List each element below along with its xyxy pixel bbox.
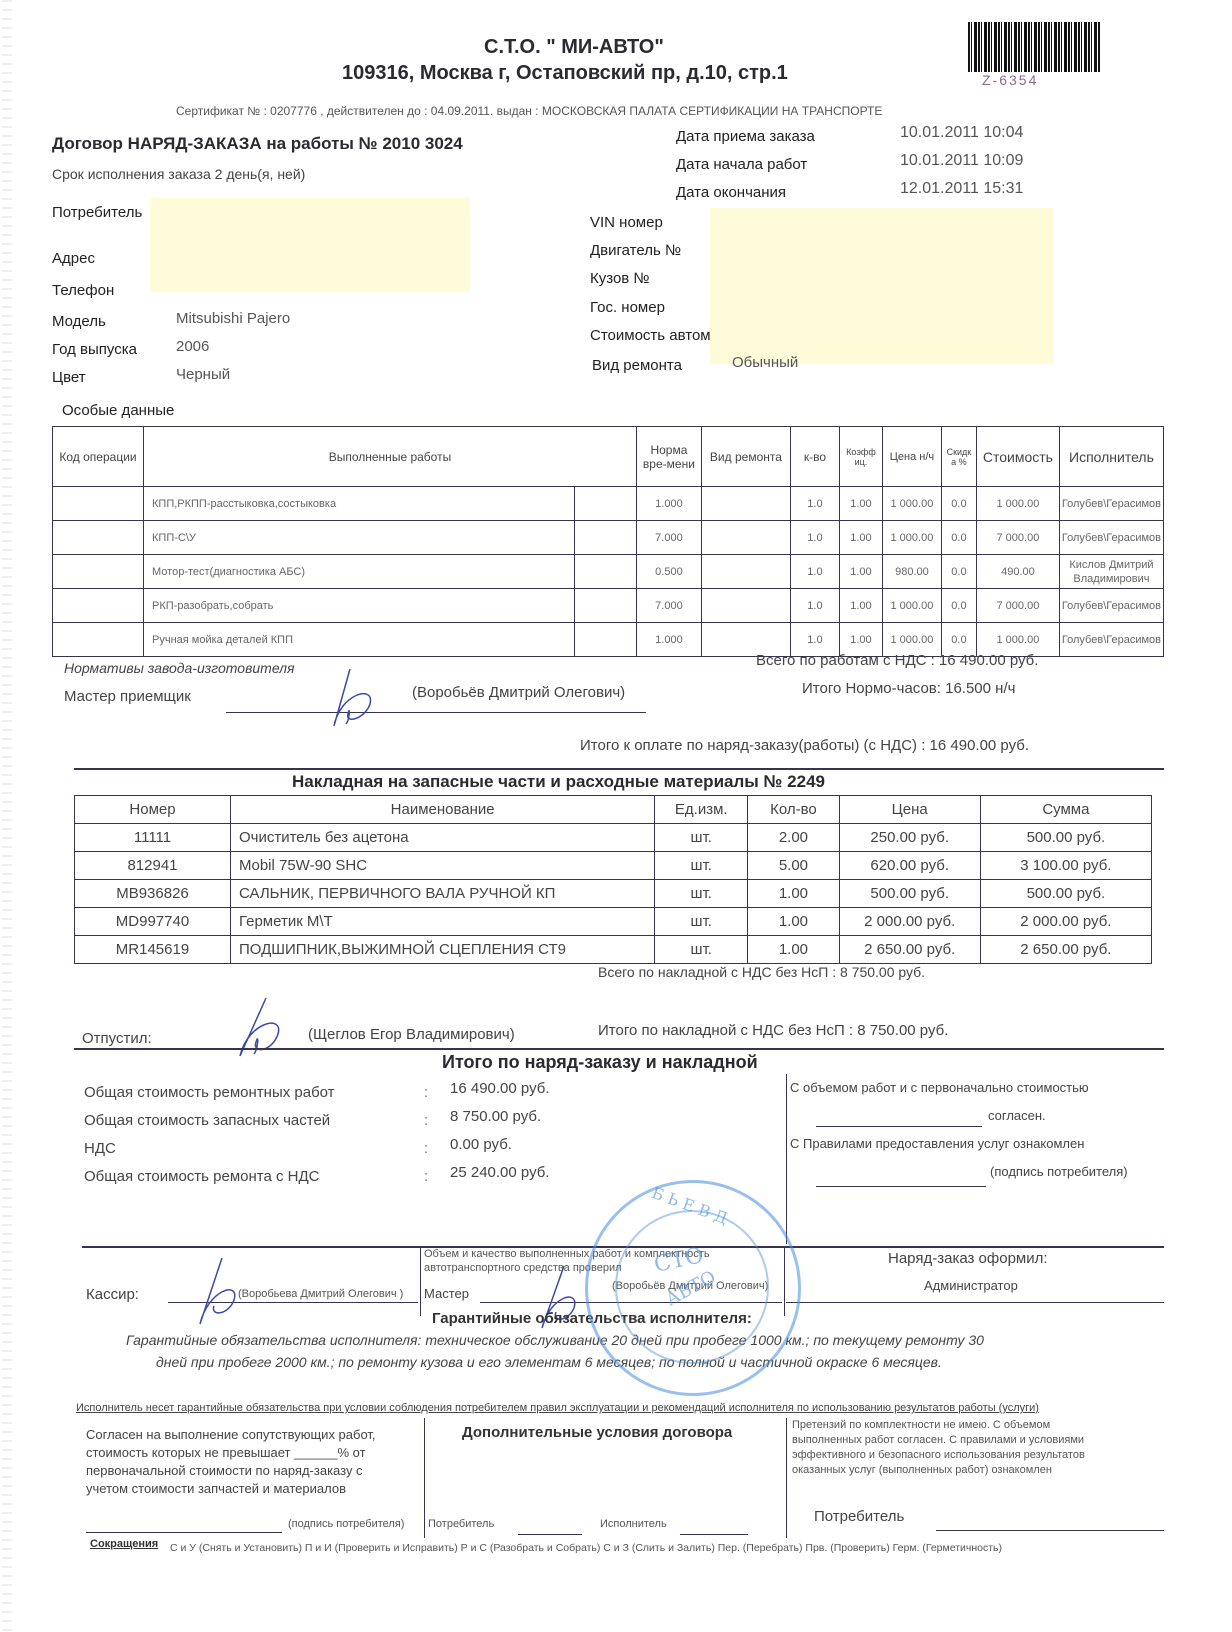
part-name: САЛЬНИК, ПЕРВИЧНОГО ВАЛА РУЧНОЙ КП [230, 880, 654, 908]
work-price: 1 000.00 [882, 487, 941, 521]
part-price: 620.00 руб. [839, 852, 980, 880]
work-qty: 1.0 [790, 487, 839, 521]
table-row: РКП-разобрать,собрать7.0001.01.001 000.0… [53, 589, 1164, 623]
work-price: 1 000.00 [882, 589, 941, 623]
table-row: Мотор-тест(диагностика АБС)0.5001.01.009… [53, 555, 1164, 589]
part-qty: 2.00 [748, 824, 839, 852]
order-term: Срок исполнения заказа 2 день(я, ней) [52, 166, 305, 182]
part-price: 250.00 руб. [839, 824, 980, 852]
work-name: КПП-С\У [144, 521, 575, 555]
col-name: Наименование [230, 796, 654, 824]
master-signature-icon [320, 664, 390, 734]
year-value: 2006 [176, 338, 209, 355]
work-discount: 0.0 [941, 521, 976, 555]
part-number: MB936826 [75, 880, 231, 908]
work-executor: Голубев\Герасимов [1059, 487, 1163, 521]
part-unit: шт. [655, 824, 748, 852]
col-qty: Кол-во [748, 796, 839, 824]
work-coef: 1.00 [839, 521, 882, 555]
col-norm: Норма вре-мени [636, 427, 701, 487]
work-code [53, 589, 144, 623]
part-number: MD997740 [75, 908, 231, 936]
parts-title: Накладная на запасные части и расходные … [292, 772, 825, 792]
col-cost: Стоимость [976, 427, 1059, 487]
consent-line: первоначальной стоимости по наряд-заказу… [86, 1462, 376, 1480]
parts-table: Номер Наименование Ед.изм. Кол-во Цена С… [74, 795, 1152, 964]
work-coef: 1.00 [839, 589, 882, 623]
work-code [53, 555, 144, 589]
footer-divider [786, 1418, 787, 1538]
date-start-value: 10.01.2011 10:09 [900, 152, 1023, 170]
col-works: Выполненные работы [144, 427, 637, 487]
norm-hours-total: Итого Нормо-часов: 16.500 н/ч [802, 680, 1015, 697]
summary-value: 8 750.00 руб. [450, 1108, 541, 1125]
part-number: MR145619 [75, 936, 231, 964]
released-name: (Щеглов Егор Владимирович) [308, 1026, 515, 1043]
warranty-condition: Исполнитель несет гарантийные обязательс… [76, 1402, 1039, 1414]
work-type [701, 589, 790, 623]
table-row: 812941Mobil 75W-90 SHCшт.5.00620.00 руб.… [75, 852, 1152, 880]
company-address: 109316, Москва г, Остаповский пр, д.10, … [342, 62, 788, 85]
part-name: ПОДШИПНИК,ВЫЖИМНОЙ СЦЕПЛЕНИЯ СТ9 [230, 936, 654, 964]
part-price: 2 000.00 руб. [839, 908, 980, 936]
work-cost: 7 000.00 [976, 589, 1059, 623]
works-total: Всего по работам с НДС : 16 490.00 руб. [756, 652, 1038, 669]
summary-title: Итого по наряд-заказу и накладной [442, 1052, 758, 1073]
part-name: Mobil 75W-90 SHC [230, 852, 654, 880]
summary-value: 16 490.00 руб. [450, 1080, 550, 1097]
vin-label: VIN номер [590, 214, 663, 231]
work-blank [575, 555, 637, 589]
summary-divider [786, 1074, 787, 1244]
summary-colon: : [424, 1140, 428, 1157]
part-sum: 500.00 руб. [980, 880, 1151, 908]
part-price: 2 650.00 руб. [839, 936, 980, 964]
consumer-label: Потребитель [52, 204, 142, 221]
work-blank [575, 623, 637, 657]
part-unit: шт. [655, 936, 748, 964]
divider [74, 1048, 1164, 1050]
work-norm: 0.500 [636, 555, 701, 589]
summary-label: Общая стоимость ремонта с НДС [84, 1168, 320, 1185]
abbreviations-text: С и У (Снять и Установить) П и И (Провер… [170, 1542, 1002, 1554]
released-signature-icon [226, 994, 296, 1064]
footer-consumer-line [518, 1534, 582, 1535]
col-code: Код операции [53, 427, 144, 487]
color-label: Цвет [52, 369, 86, 386]
plate-label: Гос. номер [590, 299, 665, 316]
part-price: 500.00 руб. [839, 880, 980, 908]
order-title: Договор НАРЯД-ЗАКАЗА на работы № 2010 30… [52, 134, 463, 154]
date-start-label: Дата начала работ [676, 156, 807, 173]
footer-executor-label: Исполнитель [600, 1518, 667, 1530]
part-qty: 5.00 [748, 852, 839, 880]
warranty-line-2: дней при пробеге 2000 км.; по ремонту ку… [156, 1354, 942, 1370]
col-price: Цена [839, 796, 980, 824]
col-qty: к-во [790, 427, 839, 487]
part-qty: 1.00 [748, 880, 839, 908]
extra-conditions-title: Дополнительные условия договора [462, 1424, 732, 1441]
issued-label: Наряд-заказ оформил: [888, 1250, 1048, 1267]
consent-line: стоимость которых не превышает ______% о… [86, 1444, 376, 1462]
issued-role: Администратор [924, 1278, 1018, 1293]
col-executor: Исполнитель [1059, 427, 1163, 487]
warranty-line-1: Гарантийные обязательства исполнителя: т… [126, 1332, 984, 1348]
invoice-total: Итого по накладной с НДС без НсП : 8 750… [598, 1022, 948, 1039]
table-row: 11111Очиститель без ацетонашт.2.00250.00… [75, 824, 1152, 852]
col-number: Номер [75, 796, 231, 824]
summary-label: Общая стоимость запасных частей [84, 1112, 330, 1129]
date-received-value: 10.01.2011 10:04 [900, 124, 1023, 142]
part-unit: шт. [655, 880, 748, 908]
footer-consumer-big: Потребитель [814, 1508, 904, 1525]
certificate-line: Сертификат № : 0207776 , действителен до… [176, 104, 882, 118]
consumer-sign-caption: (подпись потребителя) [990, 1164, 1128, 1179]
work-cost: 490.00 [976, 555, 1059, 589]
work-coef: 1.00 [839, 487, 882, 521]
work-blank [575, 487, 637, 521]
work-coef: 1.00 [839, 555, 882, 589]
issued-line [786, 1302, 1164, 1303]
phone-label: Телефон [52, 282, 114, 299]
claims-line: эффективного и безопасного использования… [792, 1448, 1085, 1463]
summary-colon: : [424, 1112, 428, 1129]
claims-line: выполненных работ согласен. С правилами … [792, 1433, 1085, 1448]
work-qty: 1.0 [790, 589, 839, 623]
summary-value: 25 240.00 руб. [450, 1164, 550, 1181]
car-cost-label: Стоимость автом [590, 327, 711, 344]
col-unit: Ед.изм. [655, 796, 748, 824]
cashier-label: Кассир: [86, 1286, 139, 1303]
agree-text: С объемом работ и с первоначально стоимо… [790, 1080, 1089, 1095]
part-number: 812941 [75, 852, 231, 880]
table-row: MB936826САЛЬНИК, ПЕРВИЧНОГО ВАЛА РУЧНОЙ … [75, 880, 1152, 908]
part-sum: 2 650.00 руб. [980, 936, 1151, 964]
part-unit: шт. [655, 852, 748, 880]
work-executor: Кислов Дмитрий Владимирович [1059, 555, 1163, 589]
cashier-name: (Воробьева Дмитрий Олегович ) [238, 1288, 403, 1300]
barcode-code: Z-6354 [982, 72, 1038, 88]
work-qty: 1.0 [790, 555, 839, 589]
body-label: Кузов № [590, 270, 650, 287]
part-sum: 2 000.00 руб. [980, 908, 1151, 936]
col-discount: Скидк а % [941, 427, 976, 487]
work-type [701, 487, 790, 521]
work-cost: 1 000.00 [976, 487, 1059, 521]
table-row: MD997740Герметик М\Тшт.1.002 000.00 руб.… [75, 908, 1152, 936]
work-type [701, 555, 790, 589]
part-unit: шт. [655, 908, 748, 936]
redacted-vehicle-info [710, 208, 1054, 364]
part-name: Герметик М\Т [230, 908, 654, 936]
work-cost: 7 000.00 [976, 521, 1059, 555]
work-discount: 0.0 [941, 487, 976, 521]
footer-consumer-big-line [936, 1530, 1164, 1531]
work-qty: 1.0 [790, 521, 839, 555]
work-norm: 1.000 [636, 487, 701, 521]
date-received-label: Дата приема заказа [676, 128, 815, 145]
repair-type-label: Вид ремонта [592, 357, 682, 374]
agree-signature-line [816, 1126, 982, 1127]
divider [74, 768, 1164, 770]
pay-total: Итого к оплате по наряд-заказу(работы) (… [580, 737, 1029, 754]
summary-label: Общая стоимость ремонтных работ [84, 1084, 335, 1101]
work-executor: Голубев\Герасимов [1059, 521, 1163, 555]
parts-total: Всего по накладной с НДС без НсП : 8 750… [598, 964, 925, 980]
work-name: РКП-разобрать,собрать [144, 589, 575, 623]
footer-executor-line [680, 1534, 748, 1535]
claims-line: оказанных услуг (выполненных работ) озна… [792, 1463, 1085, 1478]
part-number: 11111 [75, 824, 231, 852]
norms-note: Нормативы завода-изготовителя [64, 660, 295, 676]
claims-block: Претензий по комплектности не имею. С об… [792, 1418, 1085, 1478]
col-repair-type: Вид ремонта [701, 427, 790, 487]
col-coef: Коэфф иц. [839, 427, 882, 487]
consent-signature-line [86, 1532, 282, 1533]
special-data-label: Особые данные [62, 402, 174, 419]
color-value: Черный [176, 366, 230, 383]
part-sum: 3 100.00 руб. [980, 852, 1151, 880]
rules-text: С Правилами предоставления услуг ознаком… [790, 1136, 1084, 1151]
master-receiver-name: (Воробьёв Дмитрий Олегович) [412, 684, 625, 701]
model-value: Mitsubishi Pajero [176, 310, 290, 327]
rules-signature-line [816, 1186, 986, 1187]
consent-line: учетом стоимости запчастей и материалов [86, 1480, 376, 1498]
footer-divider [424, 1418, 425, 1538]
released-label: Отпустил: [82, 1030, 152, 1047]
work-code [53, 521, 144, 555]
address-label: Адрес [52, 250, 95, 267]
work-executor: Голубев\Герасимов [1059, 623, 1163, 657]
engine-label: Двигатель № [590, 242, 681, 259]
redacted-client-info [150, 198, 470, 292]
footer-consumer-label: Потребитель [428, 1518, 494, 1530]
work-blank [575, 589, 637, 623]
part-sum: 500.00 руб. [980, 824, 1151, 852]
work-price: 1 000.00 [882, 521, 941, 555]
work-price: 980.00 [882, 555, 941, 589]
claims-line: Претензий по комплектности не имею. С об… [792, 1418, 1085, 1433]
summary-colon: : [424, 1168, 428, 1185]
scan-edge-marks [2, 0, 12, 1632]
date-end-value: 12.01.2011 15:31 [900, 180, 1023, 198]
work-code [53, 623, 144, 657]
master-signature-line [226, 712, 646, 713]
consent-sign-caption: (подпись потребителя) [288, 1518, 404, 1530]
model-label: Модель [52, 313, 106, 330]
work-executor: Голубев\Герасимов [1059, 589, 1163, 623]
abbreviations-label: Сокращения [90, 1538, 158, 1550]
works-table: Код операции Выполненные работы Норма вр… [52, 426, 1164, 657]
table-row: КПП-С\У7.0001.01.001 000.000.07 000.00Го… [53, 521, 1164, 555]
work-discount: 0.0 [941, 555, 976, 589]
part-qty: 1.00 [748, 936, 839, 964]
work-discount: 0.0 [941, 589, 976, 623]
summary-value: 0.00 руб. [450, 1136, 512, 1153]
col-sum: Сумма [980, 796, 1151, 824]
table-row: КПП,РКПП-расстыковка,состыковка1.0001.01… [53, 487, 1164, 521]
work-name: КПП,РКПП-расстыковка,состыковка [144, 487, 575, 521]
col-price: Цена н/ч [882, 427, 941, 487]
part-qty: 1.00 [748, 908, 839, 936]
work-code [53, 487, 144, 521]
company-name: С.Т.О. " МИ-АВТО" [484, 36, 664, 59]
master-label: Мастер [424, 1286, 469, 1301]
barcode [968, 22, 1100, 72]
work-norm: 1.000 [636, 623, 701, 657]
consent-line: Согласен на выполнение сопутствующих раб… [86, 1426, 376, 1444]
work-norm: 7.000 [636, 521, 701, 555]
summary-colon: : [424, 1084, 428, 1101]
work-type [701, 521, 790, 555]
year-label: Год выпуска [52, 341, 137, 358]
consent-block: Согласен на выполнение сопутствующих раб… [86, 1426, 376, 1498]
work-blank [575, 521, 637, 555]
work-name: Ручная мойка деталей КПП [144, 623, 575, 657]
agree-word: согласен. [988, 1108, 1046, 1123]
work-norm: 7.000 [636, 589, 701, 623]
table-row: MR145619ПОДШИПНИК,ВЫЖИМНОЙ СЦЕПЛЕНИЯ СТ9… [75, 936, 1152, 964]
repair-type-value: Обычный [732, 354, 798, 371]
master-receiver-label: Мастер приемщик [64, 688, 191, 705]
sign-divider [420, 1246, 421, 1316]
date-end-label: Дата окончания [676, 184, 786, 201]
summary-label: НДС [84, 1140, 116, 1157]
work-name: Мотор-тест(диагностика АБС) [144, 555, 575, 589]
part-name: Очиститель без ацетона [230, 824, 654, 852]
